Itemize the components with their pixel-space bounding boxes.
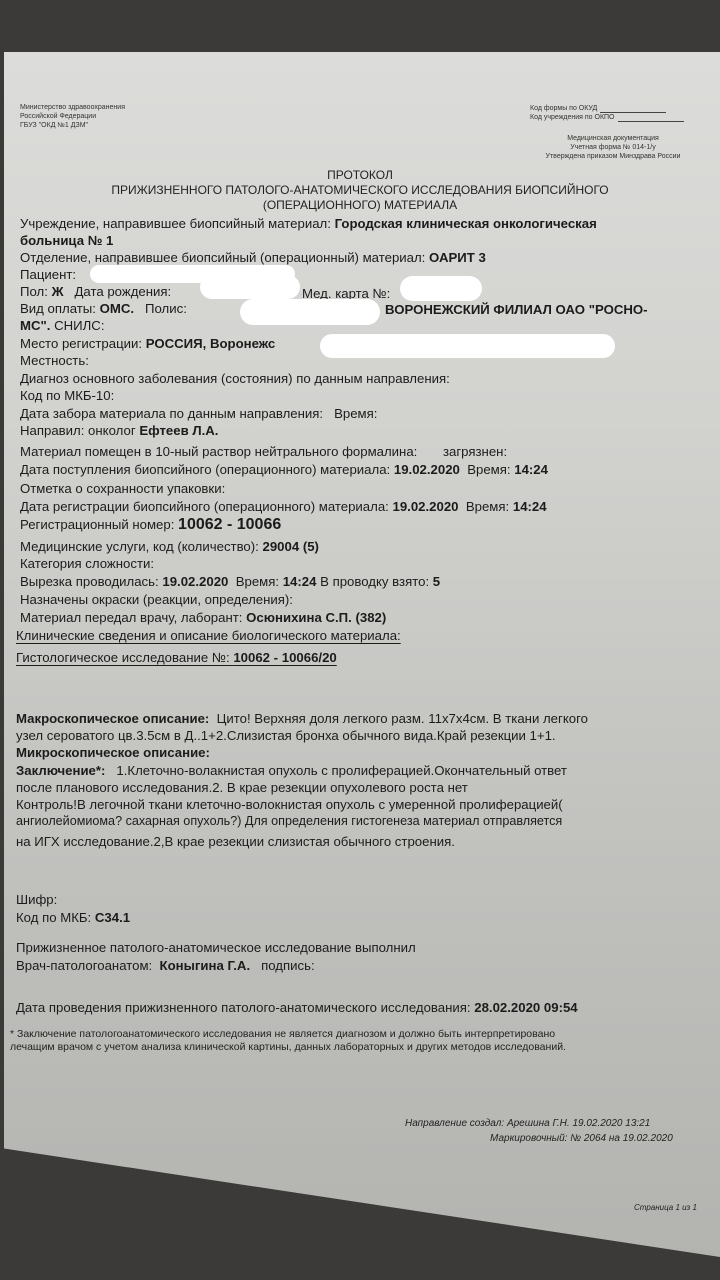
field-value: 14:24 bbox=[513, 499, 547, 514]
field-label: загрязнен: bbox=[443, 444, 507, 459]
complexity-label: Категория сложности: bbox=[20, 556, 154, 571]
field-label: Время: bbox=[466, 499, 509, 514]
redaction bbox=[240, 299, 380, 325]
sex-dob-row: Пол: Ж Дата рождения: bbox=[20, 284, 171, 299]
cipher-label: Шифр: bbox=[16, 892, 57, 907]
field-label: Регистрационный номер: bbox=[20, 517, 174, 532]
field-value: 14:24 bbox=[283, 574, 317, 589]
micro-label: Микроскопическое описание: bbox=[16, 745, 210, 760]
field-label: Медицинские услуги, код (количество): bbox=[20, 539, 259, 554]
payment-row: Вид оплаты: ОМС. Полис: bbox=[20, 301, 187, 316]
footnote-line: лечащим врачом с учетом анализа клиничес… bbox=[10, 1041, 566, 1054]
field-label: Дата проведения прижизненного патолого-а… bbox=[16, 1000, 471, 1015]
field-value: МС". bbox=[20, 318, 50, 333]
study-date-row: Дата проведения прижизненного патолого-а… bbox=[16, 1000, 578, 1015]
received-row: Дата поступления биопсийного (операционн… bbox=[20, 462, 548, 477]
stains-label: Назначены окраски (реакции, определения)… bbox=[20, 592, 293, 607]
macro-line: узел сероватого цв.3.5см в Д..1+2.Слизис… bbox=[16, 728, 556, 743]
okud-label: Код формы по ОКУД bbox=[530, 105, 597, 112]
conclusion-line: на ИГХ исследование.2,В крае резекции сл… bbox=[16, 834, 455, 849]
field-value: Ефтеев Л.А. bbox=[139, 423, 218, 438]
insurer-snils-row: МС". СНИЛС: bbox=[20, 318, 104, 333]
field-label: Дата регистрации биопсийного (операционн… bbox=[20, 499, 389, 514]
registration-row: Место регистрации: РОССИЯ, Воронежс bbox=[20, 336, 275, 351]
form-approval: Медицинская документация Учетная форма №… bbox=[528, 134, 698, 161]
diagnosis-label: Диагноз основного заболевания (состояния… bbox=[20, 371, 450, 386]
field-label: Код по МКБ: bbox=[16, 910, 91, 925]
pathologist-row: Врач-патологоанатом: Коныгина Г.А. подпи… bbox=[16, 958, 315, 973]
field-label: Направил: онколог bbox=[20, 423, 136, 438]
packaging-label: Отметка о сохранности упаковки: bbox=[20, 481, 225, 496]
field-value: Осюнихина С.П. (382) bbox=[246, 610, 386, 625]
conclusion-row: Заключение*: 1.Клеточно-волакнистая опух… bbox=[16, 763, 567, 778]
insurer-value: ВОРОНЕЖСКИЙ ФИЛИАЛ ОАО "РОСНО- bbox=[385, 302, 648, 317]
histology-heading: Гистологическое исследование №: 10062 - … bbox=[16, 650, 337, 665]
field-label: Время: bbox=[334, 406, 377, 421]
cutting-row: Вырезка проводилась: 19.02.2020 Время: 1… bbox=[20, 574, 440, 589]
redaction bbox=[200, 275, 300, 299]
field-value: Цито! Верхняя доля легкого разм. 11х7х4с… bbox=[217, 711, 588, 726]
macro-row: Макроскопическое описание: Цито! Верхняя… bbox=[16, 711, 588, 726]
field-label: Материал помещен в 10-ный раствор нейтра… bbox=[20, 444, 417, 459]
referred-row: Направил: онколог Ефтеев Л.А. bbox=[20, 423, 218, 438]
field-label: Вырезка проводилась: bbox=[20, 574, 159, 589]
form-codes: Код формы по ОКУД Код учреждения по ОКПО bbox=[530, 104, 684, 122]
patient-label: Пациент: bbox=[20, 267, 76, 282]
field-label: Отделение, направившее биопсийный (опера… bbox=[20, 250, 425, 265]
field-value: Ж bbox=[52, 284, 64, 299]
created-by: Направление создал: Арешина Г.Н. 19.02.2… bbox=[405, 1118, 650, 1129]
collection-row: Дата забора материала по данным направле… bbox=[20, 406, 377, 421]
field-label: Заключение*: bbox=[16, 763, 105, 778]
title-line: ПРОТОКОЛ bbox=[60, 168, 660, 183]
field-label: Вид оплаты: bbox=[20, 301, 96, 316]
footnote-line: * Заключение патологоанатомического иссл… bbox=[10, 1028, 566, 1041]
ministry-line: Министерство здравоохранения bbox=[20, 103, 125, 112]
okpo-label: Код учреждения по ОКПО bbox=[530, 114, 615, 121]
formalin-row: Материал помещен в 10-ный раствор нейтра… bbox=[20, 444, 507, 459]
performed-line: Прижизненное патолого-анатомическое иссл… bbox=[16, 940, 416, 955]
field-label: Время: bbox=[236, 574, 279, 589]
field-value: 19.02.2020 bbox=[393, 499, 459, 514]
field-value: 19.02.2020 bbox=[394, 462, 460, 477]
field-value: 10062 - 10066/20 bbox=[233, 650, 336, 665]
ministry-header: Министерство здравоохранения Российской … bbox=[20, 103, 125, 130]
form-line: Медицинская документация bbox=[528, 134, 698, 143]
field-label: Дата рождения: bbox=[74, 284, 171, 299]
field-label: Учреждение, направившее биопсийный матер… bbox=[20, 216, 331, 231]
conclusion-line: Контроль!В легочной ткани клеточно-волок… bbox=[16, 797, 563, 812]
ministry-line: Российской Федерации bbox=[20, 112, 125, 121]
locality-label: Местность: bbox=[20, 353, 89, 368]
field-value: 5 bbox=[433, 574, 440, 589]
field-value: Коныгина Г.А. bbox=[160, 958, 251, 973]
redaction bbox=[320, 334, 615, 358]
footnote: * Заключение патологоанатомического иссл… bbox=[10, 1028, 566, 1054]
handed-row: Материал передал врачу, лаборант: Осюних… bbox=[20, 610, 386, 625]
field-label: подпись: bbox=[261, 958, 315, 973]
field-value: ОАРИТ 3 bbox=[429, 250, 486, 265]
field-label: Гистологическое исследование №: bbox=[16, 650, 230, 665]
field-label: Место регистрации: bbox=[20, 336, 142, 351]
department-row: Отделение, направившее биопсийный (опера… bbox=[20, 250, 486, 265]
institution-row: Учреждение, направившее биопсийный матер… bbox=[20, 216, 597, 231]
field-value: C34.1 bbox=[95, 910, 130, 925]
institution-line: ГБУЗ "ОКД №1 ДЗМ" bbox=[20, 121, 125, 130]
registered-row: Дата регистрации биопсийного (операционн… bbox=[20, 499, 547, 514]
form-line: Учетная форма № 014-1/у bbox=[528, 143, 698, 152]
field-label: В проводку взято: bbox=[320, 574, 429, 589]
regnum-row: Регистрационный номер: 10062 - 10066 bbox=[20, 517, 281, 532]
field-value: 28.02.2020 09:54 bbox=[474, 1000, 577, 1015]
regnum-value: 10062 - 10066 bbox=[178, 516, 281, 533]
field-value: Городская клиническая онкологическая bbox=[335, 216, 597, 231]
institution-value-cont: больница № 1 bbox=[20, 233, 113, 248]
field-label: Время: bbox=[467, 462, 510, 477]
document-title: ПРОТОКОЛ ПРИЖИЗНЕННОГО ПАТОЛОГО-АНАТОМИЧ… bbox=[60, 168, 660, 213]
title-line: (ОПЕРАЦИОННОГО) МАТЕРИАЛА bbox=[60, 198, 660, 213]
marking-number: Маркировочный: № 2064 на 19.02.2020 bbox=[490, 1133, 673, 1144]
field-label: СНИЛС: bbox=[54, 318, 104, 333]
title-line: ПРИЖИЗНЕННОГО ПАТОЛОГО-АНАТОМИЧЕСКОГО ИС… bbox=[60, 183, 660, 198]
clinical-heading: Клинические сведения и описание биологич… bbox=[16, 628, 401, 643]
conclusion-line: после планового исследования.2. В крае р… bbox=[16, 780, 468, 795]
field-value: 14:24 bbox=[514, 462, 548, 477]
field-value: ОМС. bbox=[100, 301, 134, 316]
field-label: Макроскопическое описание: bbox=[16, 711, 209, 726]
services-row: Медицинские услуги, код (количество): 29… bbox=[20, 539, 319, 554]
field-value: 29004 (5) bbox=[263, 539, 319, 554]
field-label: Материал передал врачу, лаборант: bbox=[20, 610, 242, 625]
field-label: Пол: bbox=[20, 284, 48, 299]
redaction bbox=[400, 276, 482, 301]
icd10-label: Код по МКБ-10: bbox=[20, 388, 114, 403]
field-label: Врач-патологоанатом: bbox=[16, 958, 152, 973]
field-label: Дата поступления биопсийного (операционн… bbox=[20, 462, 390, 477]
page-number: Страница 1 из 1 bbox=[634, 1203, 697, 1212]
field-value: РОССИЯ, Воронежс bbox=[146, 336, 276, 351]
field-label: Полис: bbox=[145, 301, 187, 316]
icd-row: Код по МКБ: C34.1 bbox=[16, 910, 130, 925]
conclusion-line: ангиолейомиома? сахарная опухоль?) Для о… bbox=[16, 814, 562, 829]
field-value: 19.02.2020 bbox=[162, 574, 228, 589]
conclusion-line: 1.Клеточно-волакнистая опухоль с пролифе… bbox=[116, 763, 567, 778]
field-label: Дата забора материала по данным направле… bbox=[20, 406, 323, 421]
form-line: Утверждена приказом Минздрава России bbox=[528, 152, 698, 161]
